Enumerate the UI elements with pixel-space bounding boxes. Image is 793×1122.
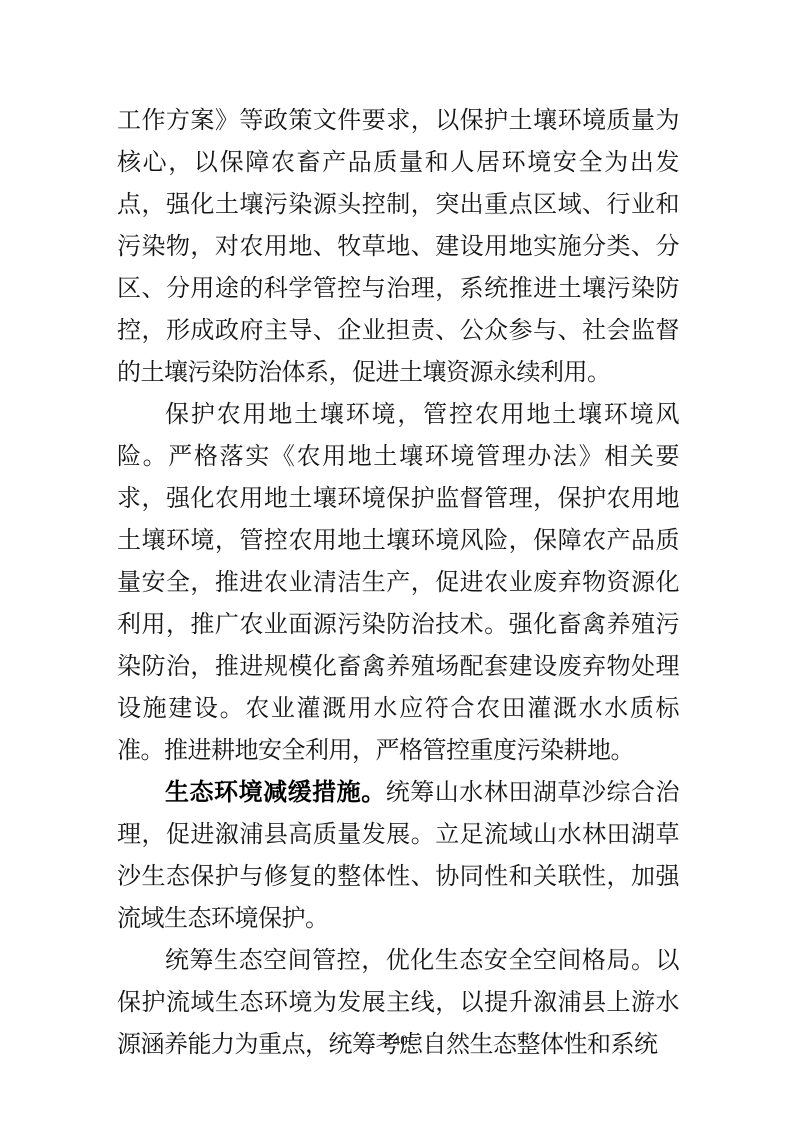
paragraph-bold-lead: 生态环境减缓措施。 [165, 780, 386, 806]
page-footer: 140 [0, 1031, 793, 1051]
paragraph-soil-policy: 工作方案》等政策文件要求，以保护土壤环境质量为核心，以保障农畜产品质量和人居环境… [117, 100, 679, 394]
paragraph-eco-mitigation: 生态环境减缓措施。统筹山水林田湖草沙综合治理，促进溆浦县高质量发展。立足流域山水… [117, 772, 679, 940]
document-page: 工作方案》等政策文件要求，以保护土壤环境质量为核心，以保障农畜产品质量和人居环境… [0, 0, 793, 1122]
paragraph-farmland-soil: 保护农用地土壤环境，管控农用地土壤环境风险。严格落实《农用地土壤环境管理办法》相… [117, 394, 679, 772]
paragraph-text: 工作方案》等政策文件要求，以保护土壤环境质量为核心，以保障农畜产品质量和人居环境… [117, 108, 679, 386]
document-body: 工作方案》等政策文件要求，以保护土壤环境质量为核心，以保障农畜产品质量和人居环境… [117, 100, 679, 1066]
page-number: 140 [385, 1033, 408, 1049]
paragraph-text: 保护农用地土壤环境，管控农用地土壤环境风险。严格落实《农用地土壤环境管理办法》相… [117, 402, 679, 764]
